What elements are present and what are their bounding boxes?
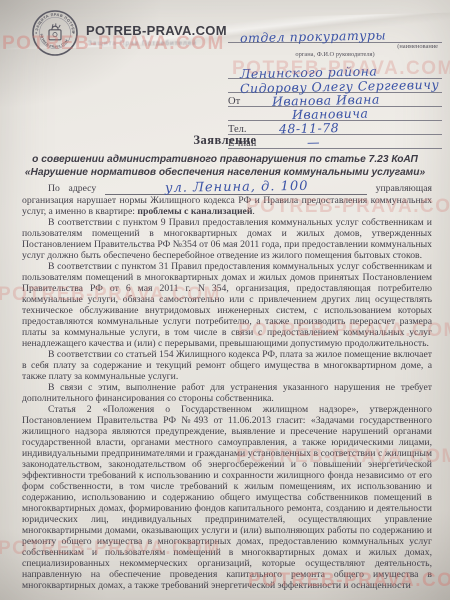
paragraph-4: В соответствии со статьей 154 Жилищного … <box>22 349 432 382</box>
potreb-prava-stamp-icon: ЗАЩИТА ПРАВ ПОТРЕБИТЕЛЕЙ POTREB-PRAVA.CO… <box>31 9 79 57</box>
paragraph-5: В связи с этим, выполнение работ для уст… <box>22 382 432 404</box>
subtitle-line-1: о совершении административного правонару… <box>32 154 418 165</box>
subtitle-line-2: «Нарушение нормативов обеспечения населе… <box>25 167 425 178</box>
department-field: отдел прокуратуры <box>228 27 442 43</box>
shopping-bag-icon <box>49 23 61 39</box>
paragraph-1-period: . <box>252 206 254 217</box>
applicant-name2-field: Ивановича <box>228 107 442 121</box>
svg-text:POTREB-PRAVA.COM: POTREB-PRAVA.COM <box>39 33 69 48</box>
from-field: От Иванова Ивана <box>228 93 442 107</box>
address-blank: ул. Ленина, д. 100 <box>105 182 367 195</box>
paragraph-1: По адресу ул. Ленина, д. 100 управляющая… <box>22 182 432 217</box>
paragraph-3: В соответствии с пунктом 31 Правил предо… <box>22 261 432 349</box>
address-handwritten: ул. Ленина, д. 100 <box>139 181 309 195</box>
official-name-field: Сидорову Олегу Сергеевичу <box>228 79 442 93</box>
page-title: Заявление <box>0 133 450 148</box>
document-body: По адресу ул. Ленина, д. 100 управляющая… <box>22 182 432 591</box>
from-label: От <box>228 96 244 107</box>
address-label: По адресу <box>48 183 96 194</box>
paragraph-1-bold: проблемы с канализацией <box>137 206 252 217</box>
brand-tagline: Защита Прав Потребителей <box>88 40 197 47</box>
paragraph-2: В соответствии с пунктом 9 Правил предос… <box>22 217 432 261</box>
brand-name: POTREB-PRAVA.COM <box>86 23 227 38</box>
document-photo: ЗАЩИТА ПРАВ ПОТРЕБИТЕЛЕЙ POTREB-PRAVA.CO… <box>0 0 450 600</box>
field-caption-2: органа, Ф.И.О руководителя) <box>228 51 442 59</box>
stamp-bottom-text: POTREB-PRAVA.COM <box>39 33 69 48</box>
paragraph-6: Статья 2 «Положения о Государственном жи… <box>22 404 432 591</box>
recipient-form: отдел прокуратуры (наименование органа, … <box>228 27 442 149</box>
department-handwritten: отдел прокуратуры <box>228 29 386 44</box>
page-subtitle: о совершении административного правонару… <box>10 154 440 180</box>
